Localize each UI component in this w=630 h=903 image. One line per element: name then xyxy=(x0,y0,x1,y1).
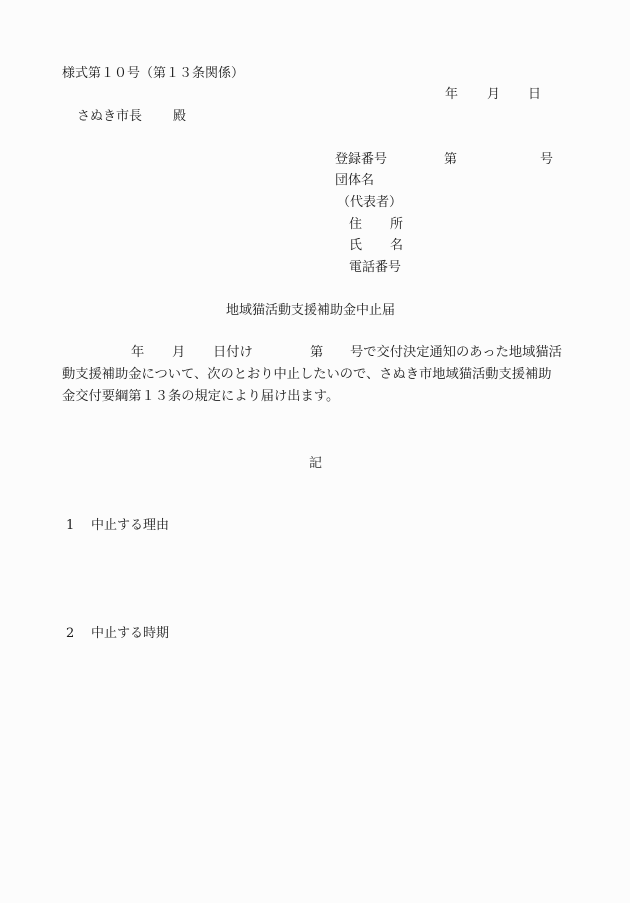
address-label-part1: 住 xyxy=(349,217,362,233)
document-title: 地域猫活動支援補助金中止届 xyxy=(226,303,395,319)
form-number: 様式第１０号（第１３条関係） xyxy=(62,66,244,82)
body-date-suffix: 日付け xyxy=(213,342,253,364)
phone-number-label: 電話番号 xyxy=(349,260,401,276)
representative-label: （代表者） xyxy=(337,195,402,211)
body-year-label: 年 xyxy=(131,342,144,364)
item-label: 中止する時期 xyxy=(91,626,169,642)
address-label-part2: 所 xyxy=(390,217,403,233)
body-month-label: 月 xyxy=(172,342,185,364)
body-line-1-rest: 号で交付決定通知のあった地域猫活 xyxy=(350,342,562,364)
date-year-label: 年 xyxy=(445,87,458,103)
note-heading: 記 xyxy=(309,456,322,472)
item-number: 1 xyxy=(66,518,74,534)
body-line-1: 年 月 日付け 第 号で交付決定通知のあった地域猫活 xyxy=(62,342,572,364)
body-number-prefix: 第 xyxy=(310,342,323,364)
item-label: 中止する理由 xyxy=(91,518,169,534)
name-label-part2: 名 xyxy=(390,238,403,254)
registration-number-prefix: 第 xyxy=(444,152,457,168)
body-line-2: 動支援補助金について、次のとおり中止したいので、さぬき市地域猫活動支援補助 xyxy=(62,364,572,386)
date-day-label: 日 xyxy=(528,87,541,103)
name-label-part1: 氏 xyxy=(349,238,362,254)
addressee-name: さぬき市長 xyxy=(77,109,142,125)
item-number: 2 xyxy=(66,626,74,642)
organization-name-label: 団体名 xyxy=(335,173,374,189)
registration-number-label: 登録番号 xyxy=(335,152,387,168)
registration-number-suffix: 号 xyxy=(540,152,553,168)
date-month-label: 月 xyxy=(487,87,500,103)
body-paragraph: 年 月 日付け 第 号で交付決定通知のあった地域猫活 動支援補助金について、次の… xyxy=(62,342,572,408)
addressee-honorific: 殿 xyxy=(173,109,186,125)
body-line-3: 金交付要綱第１３条の規定により届け出ます。 xyxy=(62,386,572,408)
